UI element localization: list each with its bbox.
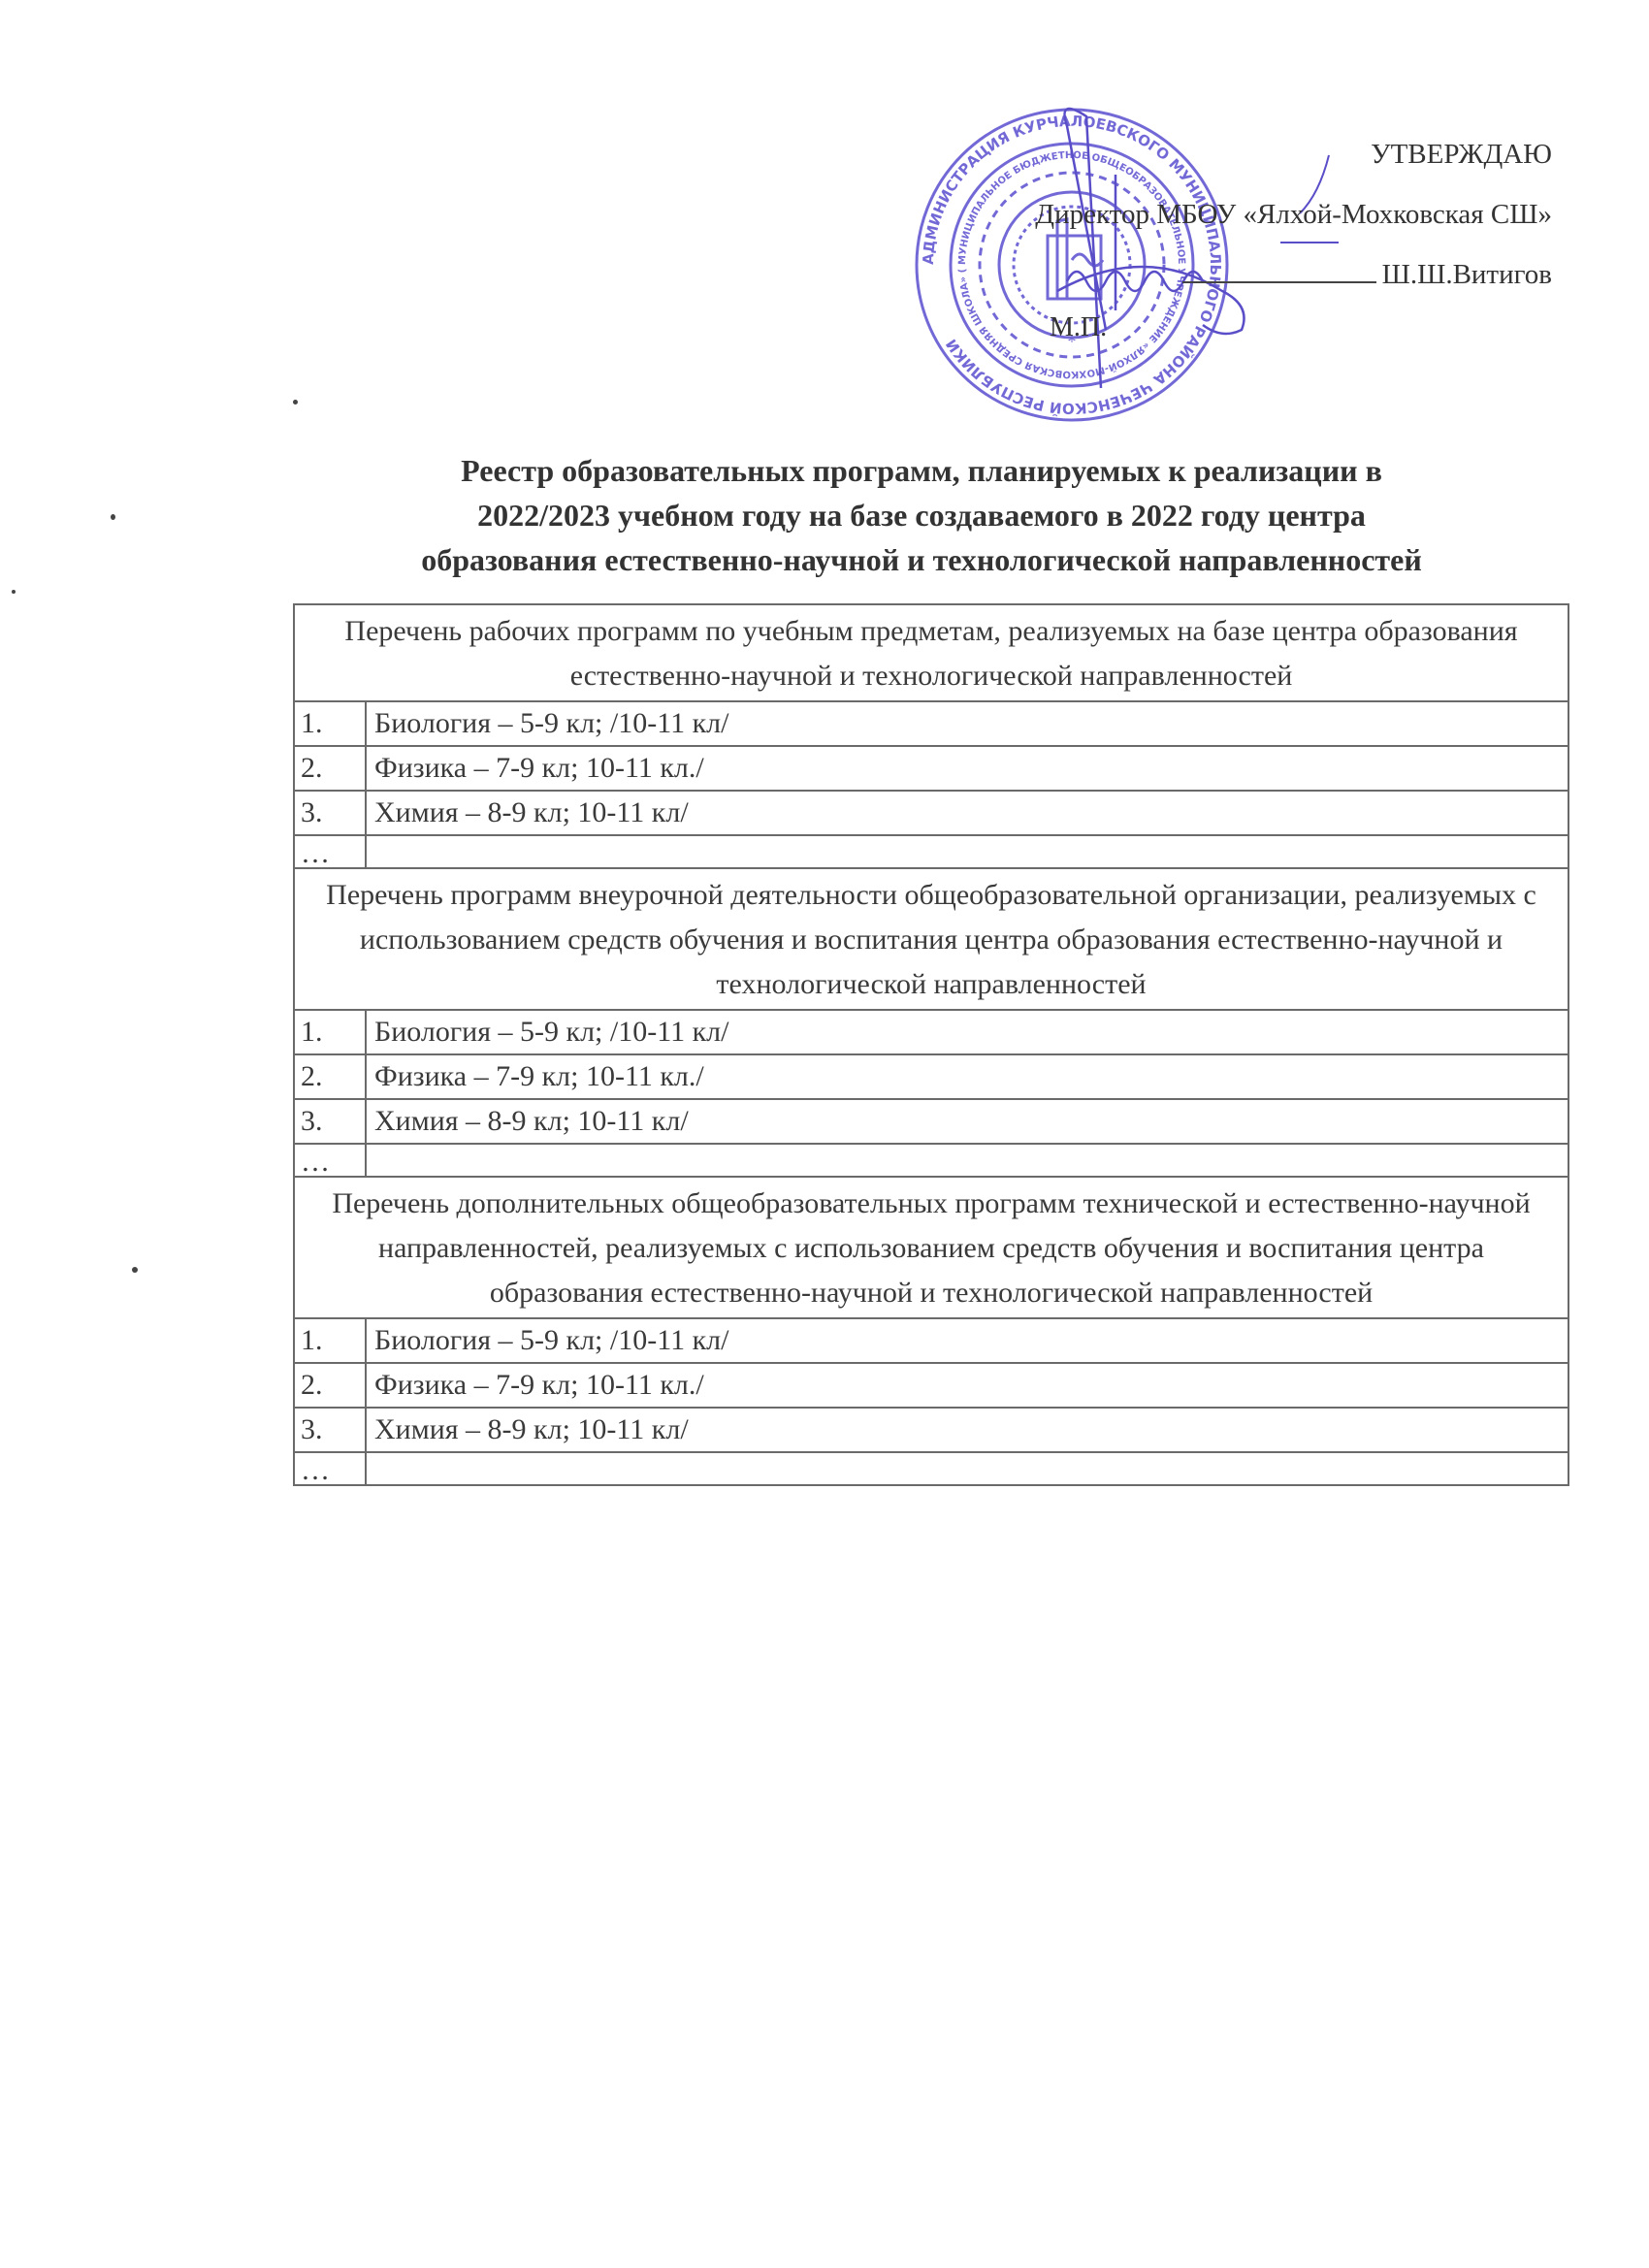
document-title: Реестр образовательных программ, планиру… <box>291 448 1552 582</box>
table-row: 3.Химия – 8-9 кл; 10-11 кл/ <box>294 791 1568 835</box>
section-header-row: Перечень рабочих программ по учебным пре… <box>294 604 1568 701</box>
table-row: 1.Биология – 5-9 кл; /10-11 кл/ <box>294 701 1568 746</box>
row-number: 2. <box>294 1054 366 1099</box>
title-line: образования естественно-научной и технол… <box>291 537 1552 582</box>
title-line: 2022/2023 учебном году на базе создаваем… <box>291 493 1552 537</box>
program-name: Биология – 5-9 кл; /10-11 кл/ <box>366 701 1568 746</box>
row-number: 3. <box>294 1099 366 1144</box>
row-number: 3. <box>294 791 366 835</box>
scan-speck <box>293 400 298 405</box>
program-name: Химия – 8-9 кл; 10-11 кл/ <box>366 1408 1568 1452</box>
section-heading: Перечень рабочих программ по учебным пре… <box>294 604 1568 701</box>
ellipsis-row: … <box>294 1144 1568 1177</box>
row-number: 3. <box>294 1408 366 1452</box>
program-name: Физика – 7-9 кл; 10-11 кл./ <box>366 1054 1568 1099</box>
approval-signatory-line: Ш.Ш.Витигов <box>1035 244 1552 305</box>
approval-position: Директор МБОУ «Ялхой-Мохковская СШ» <box>1035 184 1552 244</box>
ellipsis-mark: … <box>294 1452 366 1485</box>
approval-block: УТВЕРЖДАЮ Директор МБОУ «Ялхой-Мохковска… <box>1035 124 1552 305</box>
empty-cell <box>366 1144 1568 1177</box>
row-number: 1. <box>294 1010 366 1054</box>
section-header-row: Перечень дополнительных общеобразователь… <box>294 1177 1568 1318</box>
section-heading: Перечень дополнительных общеобразователь… <box>294 1177 1568 1318</box>
section-header-row: Перечень программ внеурочной деятельност… <box>294 868 1568 1010</box>
table-row: 3.Химия – 8-9 кл; 10-11 кл/ <box>294 1408 1568 1452</box>
program-name: Биология – 5-9 кл; /10-11 кл/ <box>366 1318 1568 1363</box>
program-name: Химия – 8-9 кл; 10-11 кл/ <box>366 791 1568 835</box>
ellipsis-row: … <box>294 835 1568 868</box>
row-number: 2. <box>294 746 366 791</box>
ellipsis-row: … <box>294 1452 1568 1485</box>
empty-cell <box>366 835 1568 868</box>
program-registry-table: Перечень рабочих программ по учебным пре… <box>293 603 1569 1486</box>
program-name: Физика – 7-9 кл; 10-11 кл./ <box>366 746 1568 791</box>
title-line: Реестр образовательных программ, планиру… <box>291 448 1552 493</box>
table-row: 2.Физика – 7-9 кл; 10-11 кл./ <box>294 746 1568 791</box>
program-name: Биология – 5-9 кл; /10-11 кл/ <box>366 1010 1568 1054</box>
scan-speck <box>12 590 16 594</box>
program-name: Химия – 8-9 кл; 10-11 кл/ <box>366 1099 1568 1144</box>
table-row: 1.Биология – 5-9 кл; /10-11 кл/ <box>294 1010 1568 1054</box>
section-heading: Перечень программ внеурочной деятельност… <box>294 868 1568 1010</box>
row-number: 1. <box>294 701 366 746</box>
approval-signatory: Ш.Ш.Витигов <box>1382 259 1552 290</box>
signature-line <box>1182 280 1376 283</box>
table-row: 3.Химия – 8-9 кл; 10-11 кл/ <box>294 1099 1568 1144</box>
ellipsis-mark: … <box>294 1144 366 1177</box>
table-row: 2.Физика – 7-9 кл; 10-11 кл./ <box>294 1363 1568 1408</box>
approval-heading: УТВЕРЖДАЮ <box>1035 124 1552 184</box>
table-row: 2.Физика – 7-9 кл; 10-11 кл./ <box>294 1054 1568 1099</box>
scan-speck <box>111 514 115 520</box>
scan-speck <box>132 1267 138 1273</box>
row-number: 1. <box>294 1318 366 1363</box>
row-number: 2. <box>294 1363 366 1408</box>
program-name: Физика – 7-9 кл; 10-11 кл./ <box>366 1363 1568 1408</box>
ellipsis-mark: … <box>294 835 366 868</box>
stamp-place-label: М.П. <box>1050 312 1107 343</box>
empty-cell <box>366 1452 1568 1485</box>
table-row: 1.Биология – 5-9 кл; /10-11 кл/ <box>294 1318 1568 1363</box>
